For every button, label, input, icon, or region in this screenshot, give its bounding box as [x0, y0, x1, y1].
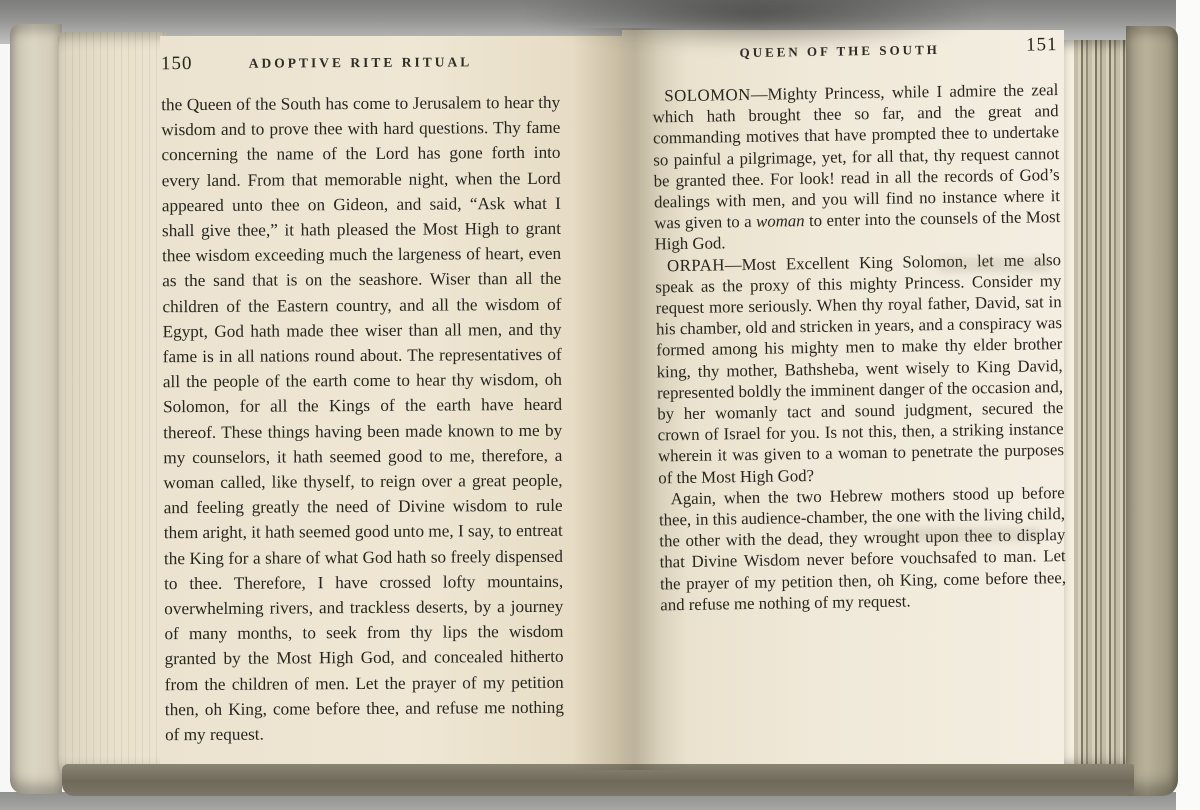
right-page-content: QUEEN OF THE SOUTH 151 SOLOMON—Mighty Pr… — [652, 38, 1067, 615]
left-page-content: 150 ADOPTIVE RITE RITUAL the Queen of th… — [161, 51, 564, 748]
page-stack-left-edge — [58, 32, 166, 774]
orpah-text: —Most Excellent King Solomon, let me als… — [655, 250, 1064, 487]
page-stack-right-edge — [1064, 40, 1128, 768]
speaker-orpah: ORPAH — [667, 255, 725, 275]
right-page-body: SOLOMON—Mighty Princess, while I admire … — [652, 79, 1066, 615]
left-page-header: 150 ADOPTIVE RITE RITUAL — [161, 51, 560, 75]
book-bottom-page-edge — [62, 764, 1134, 796]
solomon-paragraph: SOLOMON—Mighty Princess, while I admire … — [652, 79, 1061, 255]
book-cover-left — [10, 24, 62, 794]
book-scan: 150 ADOPTIVE RITE RITUAL the Queen of th… — [0, 0, 1200, 810]
closing-paragraph: Again, when the two Hebrew mothers stood… — [659, 482, 1067, 616]
left-page-body: the Queen of the South has come to Jerus… — [161, 90, 564, 748]
orpah-paragraph: ORPAH—Most Excellent King Solomon, let m… — [655, 249, 1065, 489]
book-cover-right — [1126, 26, 1178, 796]
solomon-italic-word: woman — [756, 211, 805, 231]
right-running-header: QUEEN OF THE SOUTH — [652, 41, 1028, 63]
right-page-number: 151 — [1026, 34, 1058, 56]
closing-text: Again, when the two Hebrew mothers stood… — [659, 483, 1066, 614]
scanner-background-right — [1176, 0, 1200, 810]
speaker-solomon: SOLOMON — [664, 85, 751, 105]
left-running-header: ADOPTIVE RITE RITUAL — [161, 54, 560, 72]
